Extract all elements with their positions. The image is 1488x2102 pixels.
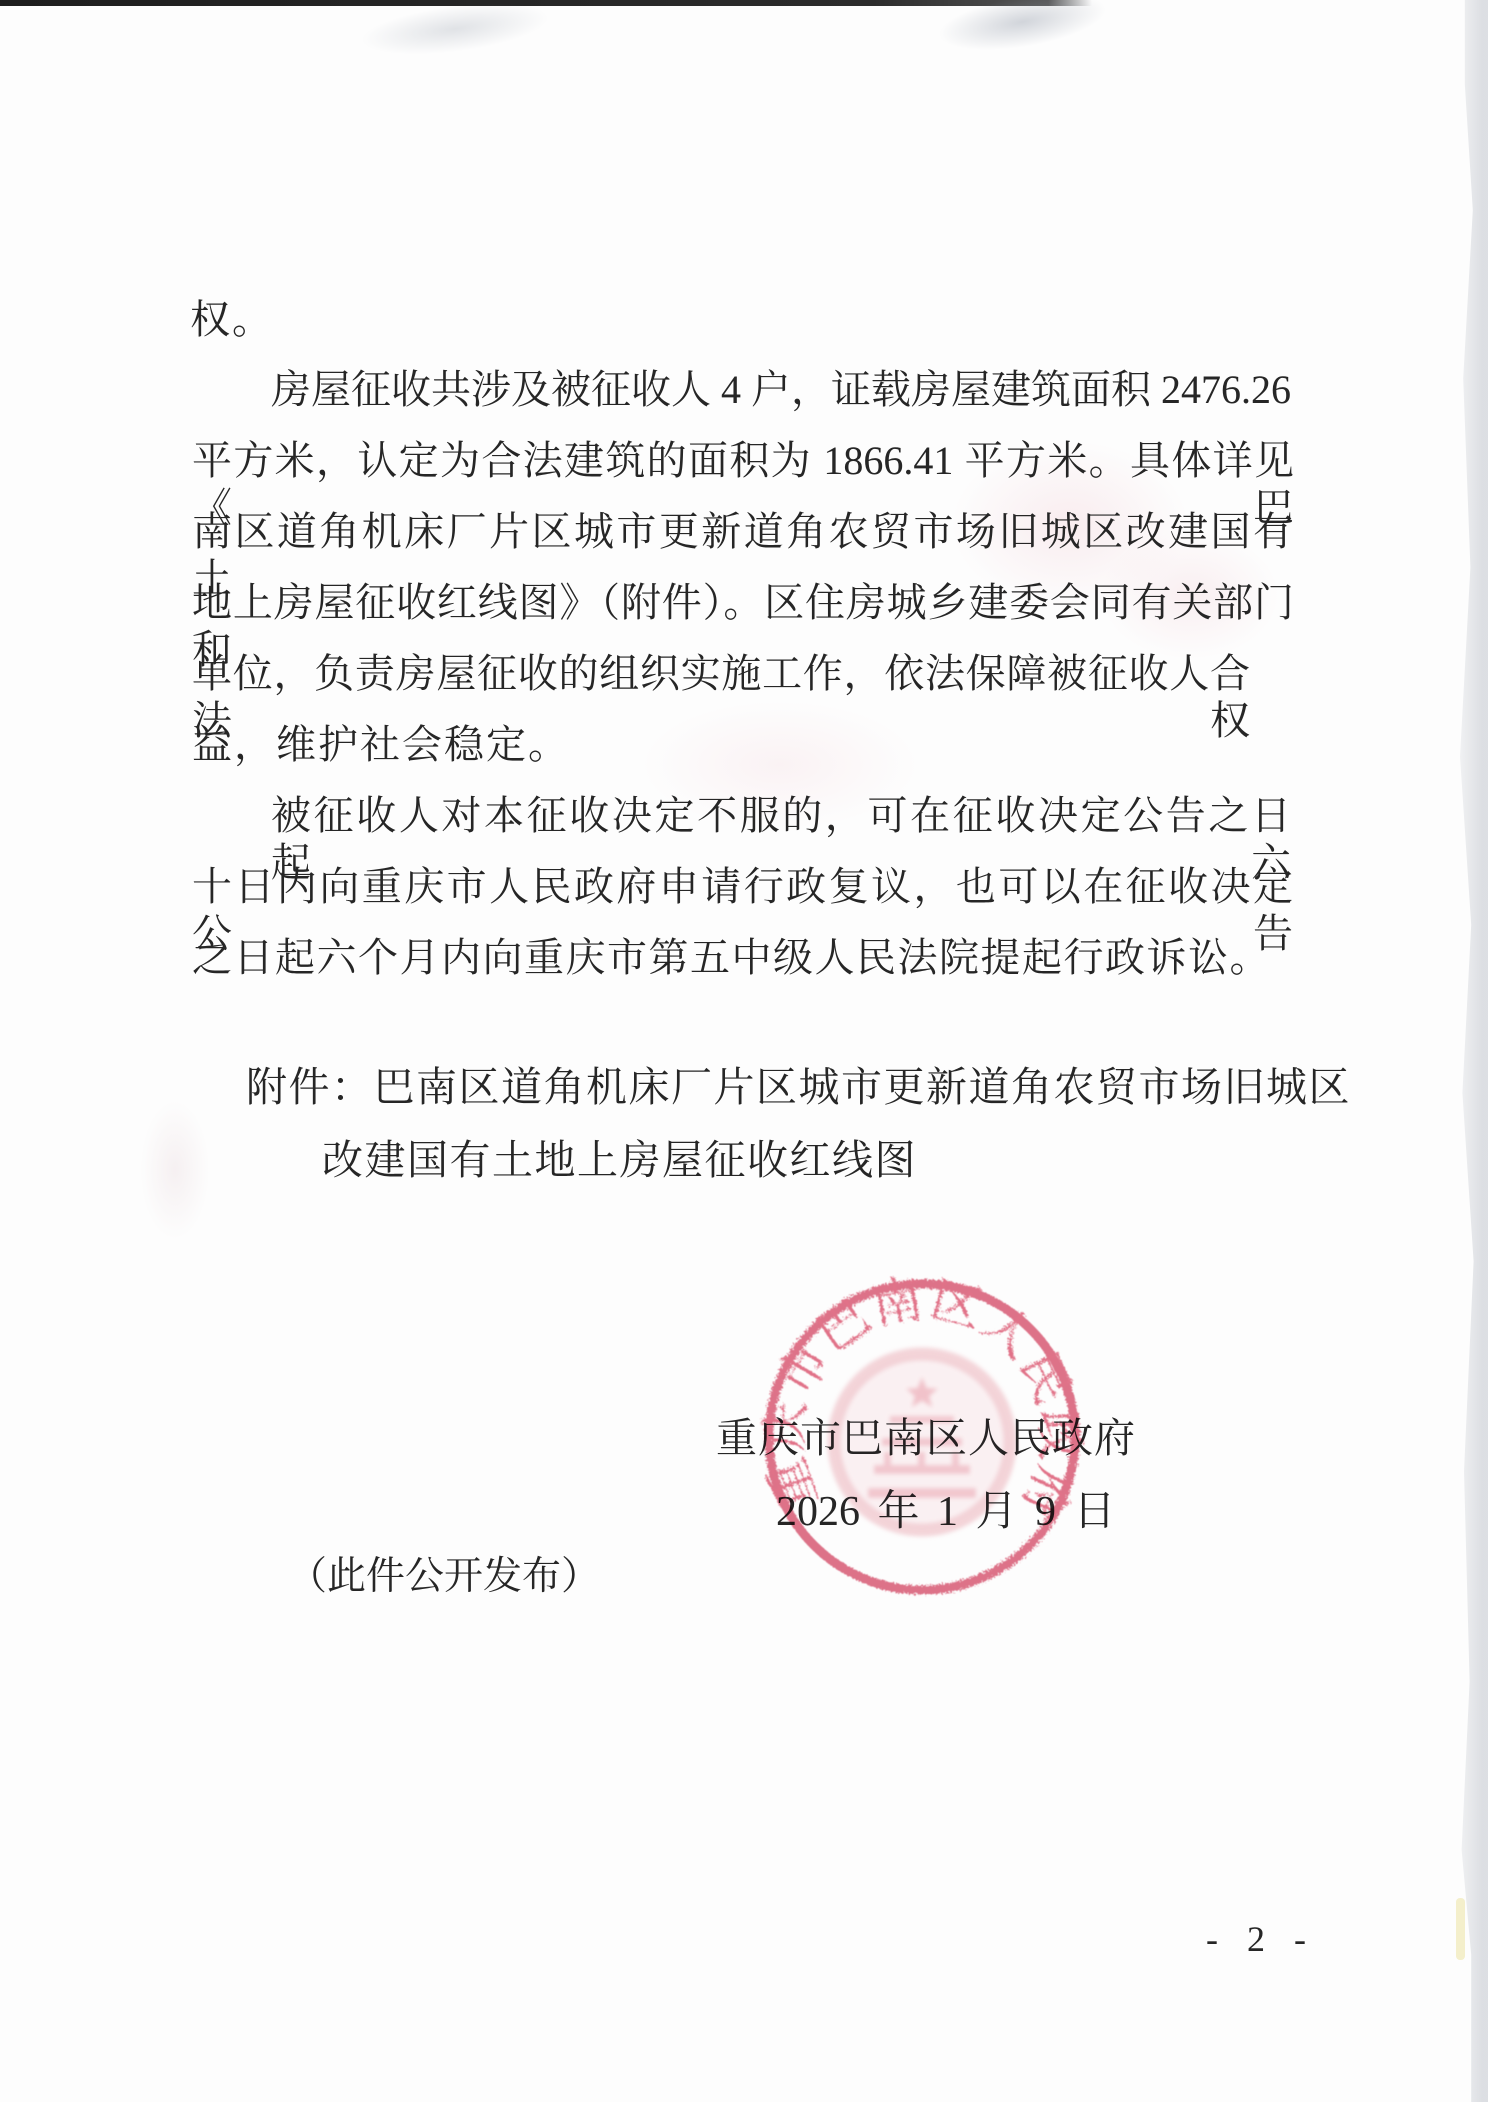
star-icon [906,1377,938,1407]
ink-bleed-mark [140,1100,210,1240]
scan-right-shadow [1448,0,1488,2102]
attachment-line: 附件：巴南区道角机床厂片区城市更新道角农贸市场旧城区 [246,1063,1351,1111]
publish-note: （此件公开发布） [288,1554,600,1600]
body-line: 之日起六个月内向重庆市第五中级人民法院提起行政诉讼。 [192,934,1271,981]
body-line: 益，维护社会稳定。 [192,721,570,768]
scan-top-edge-line [0,0,1092,6]
scan-smudge [358,0,552,63]
attachment-line: 改建国有土地上房屋征收红线图 [322,1136,917,1184]
scanned-document-page: 权。房屋征收共涉及被征收人 4 户，证载房屋建筑面积 2476.26平方米，认定… [0,0,1488,2102]
issue-date: 2026 年 1 月 9 日 [776,1488,1116,1538]
body-line: 权。 [190,296,274,343]
scan-mark [1456,1898,1465,1960]
body-line: 房屋征收共涉及被征收人 4 户，证载房屋建筑面积 2476.26 [271,366,1288,413]
line-segment: 房屋征收共涉及被征收人 4 户， [271,366,831,413]
line-segment: 证载房屋建筑面积 2476.26 [831,366,1291,413]
scan-smudge [932,0,1113,61]
issuer-signature: 重庆市巴南区人民政府 [716,1414,1136,1462]
page-number: - 2 - [1206,1918,1311,1960]
